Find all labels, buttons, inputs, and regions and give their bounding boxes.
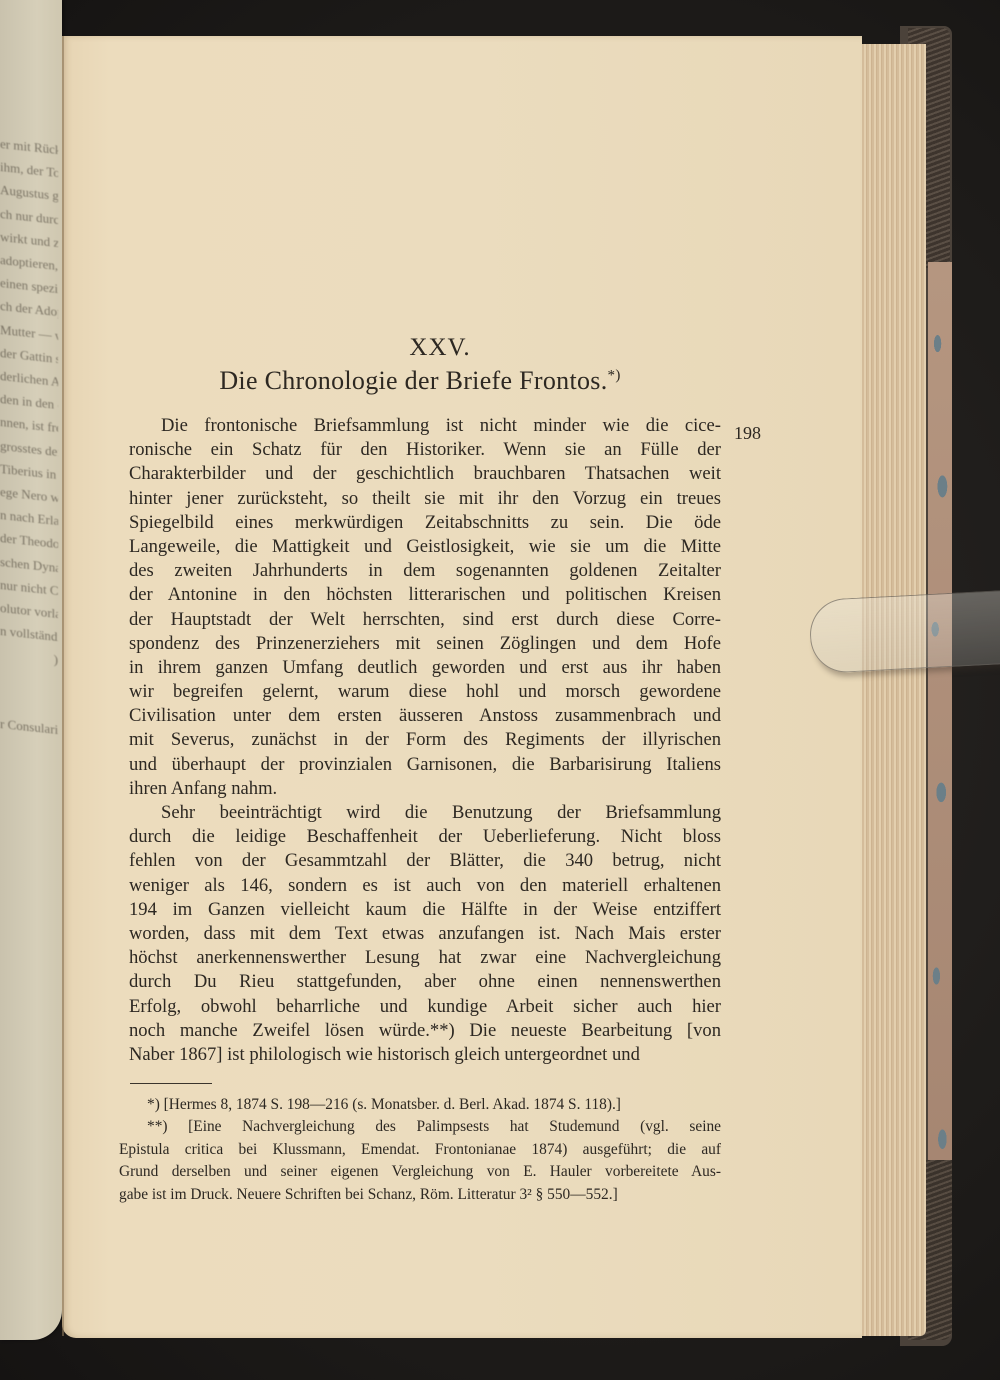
footnote-line: **) [Eine Nachvergleichung des Palimpses… (119, 1116, 721, 1138)
text-line: in ihrem ganzen Umfang deutlich geworden… (129, 656, 721, 680)
text-line: Sehr beeinträchtigt wird die Benutzung d… (129, 801, 721, 825)
margin-page-number: 198 (734, 423, 761, 444)
footnote-line: gabe ist im Druck. Neuere Schriften bei … (119, 1184, 721, 1206)
text-line: der Antonine in den höchsten litterarisc… (129, 583, 721, 607)
text-line: fehlen von der Gesammtzahl der Blätter, … (129, 849, 721, 873)
text-line: durch die leidige Beschaffenheit der Ueb… (129, 825, 721, 849)
text-line: ihren Anfang nahm. (129, 777, 721, 801)
text-line: 194 im Ganzen vielleicht kaum die Hälfte… (129, 898, 721, 922)
title-footnote-marker: *) (608, 367, 621, 383)
text-line: hinter jener zurücksteht, so theilt sie … (129, 487, 721, 511)
chapter-title-text: Die Chronologie der Briefe Frontos. (219, 366, 607, 395)
text-line: weniger als 146, sondern es ist auch von… (129, 874, 721, 898)
text-line: und überhaupt der provinzialen Garnisone… (129, 753, 721, 777)
text-line: wir begreifen gelernt, warum diese hohl … (129, 680, 721, 704)
bleed-line: r Consularis 96—117 (0, 712, 58, 741)
text-line: Civilisation unter dem ersten äusseren A… (129, 704, 721, 728)
text-line: noch manche Zweifel lösen würde.**) Die … (129, 1019, 721, 1043)
footnote-line: *) [Hermes 8, 1874 S. 198—216 (s. Monats… (119, 1094, 721, 1116)
text-line: Charakterbilder und der geschichtlich br… (129, 462, 721, 486)
text-line: höchst anerkennenswerther Lesung hat zwa… (129, 946, 721, 970)
left-page: er mit Rücksichtihm, der TochterAugustus… (0, 0, 62, 1340)
text-line: spondenz des Prinzenerziehers mit seinen… (129, 632, 721, 656)
footnote-line: Grund derselben und seiner eigenen Vergl… (119, 1161, 721, 1183)
chapter-number: XXV. (0, 334, 880, 362)
text-line: worden, dass mit dem Text etwas anzufang… (129, 922, 721, 946)
gutter (62, 36, 64, 1336)
text-line: des zweiten Jahrhunderts in dem sogenann… (129, 559, 721, 583)
bookmark-clip (808, 590, 1000, 674)
footnotes: *) [Hermes 8, 1874 S. 198—216 (s. Monats… (119, 1094, 721, 1206)
text-line: ronische ein Schatz für den Historiker. … (129, 438, 721, 462)
text-line: der Hauptstadt der Welt herrschten, sind… (129, 608, 721, 632)
text-line: Erfolg, obwohl beharrliche und kundige A… (129, 995, 721, 1019)
text-line: Spiegelbild eines merkwürdigen Zeitabsch… (129, 511, 721, 535)
left-page-text: er mit Rücksichtihm, der TochterAugustus… (0, 132, 58, 741)
footnote-separator (130, 1083, 212, 1084)
text-line: Naber 1867] ist philologisch wie histori… (129, 1043, 721, 1067)
text-line: mit Severus, zunächst in der Form des Re… (129, 728, 721, 752)
cover-marbled-paper (928, 262, 952, 1282)
text-line: durch Du Rieu stattgefunden, aber ohne e… (129, 970, 721, 994)
page-edges (862, 44, 926, 1336)
text-line: Langeweile, die Mattigkeit und Geistlosi… (129, 535, 721, 559)
chapter-title: Die Chronologie der Briefe Frontos.*) (0, 366, 840, 396)
footnote-line: Epistula critica bei Klussmann, Emendat.… (119, 1139, 721, 1161)
body-text: Die frontonische Briefsammlung ist nicht… (129, 414, 721, 1067)
text-line: Die frontonische Briefsammlung ist nicht… (129, 414, 721, 438)
